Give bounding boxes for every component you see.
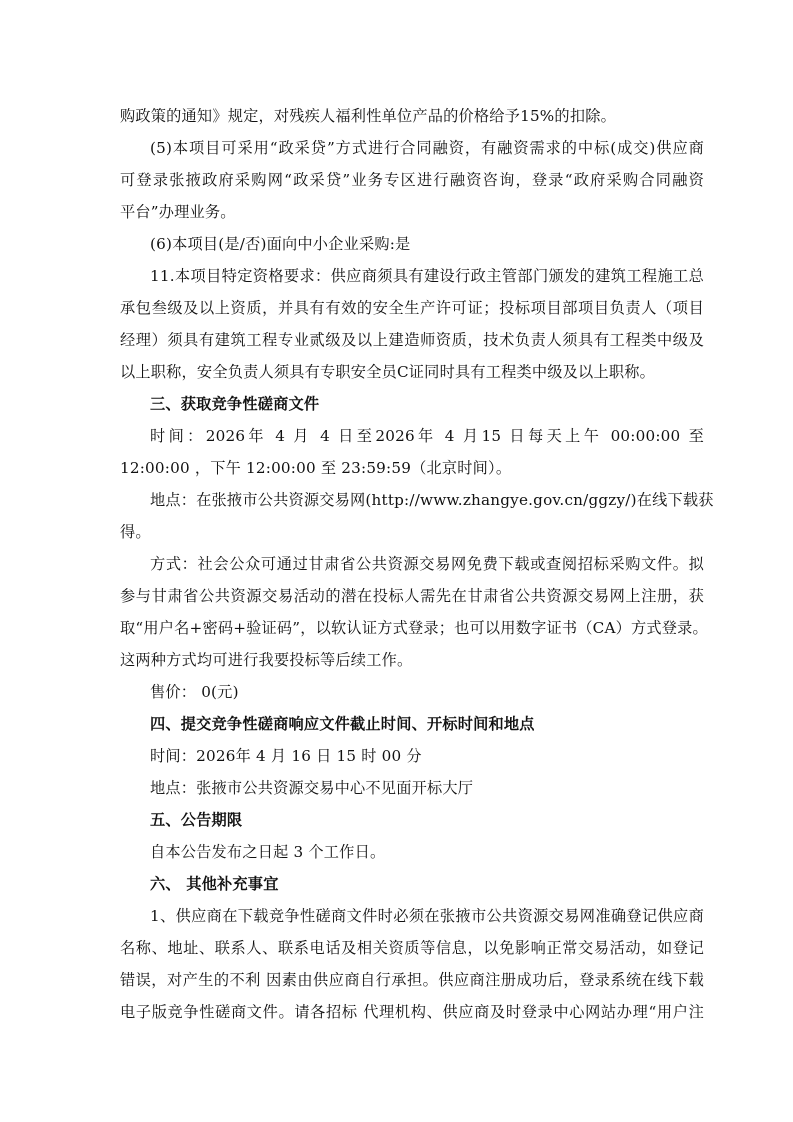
text-line: 得。 (120, 516, 704, 548)
text-line: 参与甘肃省公共资源交易活动的潜在投标人需先在甘肃省公共资源交易网上注册，获 (120, 580, 704, 612)
text-line: 名称、地址、联系人、联系电话及相关资质等信息，以免影响正常交易活动，如登记 (120, 932, 704, 964)
text-line: 1、供应商在下载竞争性磋商文件时必须在张掖市公共资源交易网准确登记供应商 (120, 900, 704, 932)
text-line: 取“用户名+密码+验证码”，以软认证方式登录；也可以用数字证书（CA）方式登录。 (120, 612, 704, 644)
text-line: 承包叁级及以上资质，并具有有效的安全生产许可证；投标项目部项目负责人（项目 (120, 292, 704, 324)
text-line: (5)本项目可采用“政采贷”方式进行合同融资，有融资需求的中标(成交)供应商 (120, 132, 704, 164)
text-line: 平台”办理业务。 (120, 196, 704, 228)
text-line: 这两种方式均可进行我要投标等后续工作。 (120, 644, 704, 676)
text-line: 购政策的通知》规定，对残疾人福利性单位产品的价格给予15%的扣除。 (120, 100, 704, 132)
text-line: 电子版竞争性磋商文件。请各招标 代理机构、供应商及时登录中心网站办理“用户注 (120, 996, 704, 1028)
text-line: 以上职称，安全负责人须具有专职安全员C证同时具有工程类中级及以上职称。 (120, 356, 704, 388)
text-line: 地点：张掖市公共资源交易中心不见面开标大厅 (120, 772, 704, 804)
text-line: 方式：社会公众可通过甘肃省公共资源交易网免费下载或查阅招标采购文件。拟 (120, 548, 704, 580)
text-line: 错误，对产生的不利 因素由供应商自行承担。供应商注册成功后，登录系统在线下载 (120, 964, 704, 996)
section-heading-6: 六、 其他补充事宜 (120, 868, 704, 900)
section-heading-4: 四、提交竞争性磋商响应文件截止时间、开标时间和地点 (120, 708, 704, 740)
text-line: 11.本项目特定资格要求：供应商须具有建设行政主管部门颁发的建筑工程施工总 (120, 260, 704, 292)
text-line: 经理）须具有建筑工程专业贰级及以上建造师资质，技术负责人须具有工程类中级及 (120, 324, 704, 356)
text-line: 地点：在张掖市公共资源交易网(http://www.zhangye.gov.cn… (120, 484, 704, 516)
section-heading-3: 三、获取竞争性磋商文件 (120, 388, 704, 420)
text-line: 售价： 0(元) (120, 676, 704, 708)
text-line: 12:00:00 ，下午 12:00:00 至 23:59:59（北京时间）。 (120, 452, 704, 484)
text-line: 可登录张掖政府采购网“政采贷”业务专区进行融资咨询，登录“政府采购合同融资 (120, 164, 704, 196)
text-line: 时间：2026年 4 月 16 日 15 时 00 分 (120, 740, 704, 772)
text-line: 自本公告发布之日起 3 个工作日。 (120, 836, 704, 868)
text-line: (6)本项目(是/否)面向中小企业采购:是 (120, 228, 704, 260)
section-heading-5: 五、公告期限 (120, 804, 704, 836)
document-page: 购政策的通知》规定，对残疾人福利性单位产品的价格给予15%的扣除。 (5)本项目… (120, 100, 704, 1028)
text-line: 时间：2026年 4 月 4 日至2026年 4 月15 日每天上午 00:00… (120, 420, 704, 452)
